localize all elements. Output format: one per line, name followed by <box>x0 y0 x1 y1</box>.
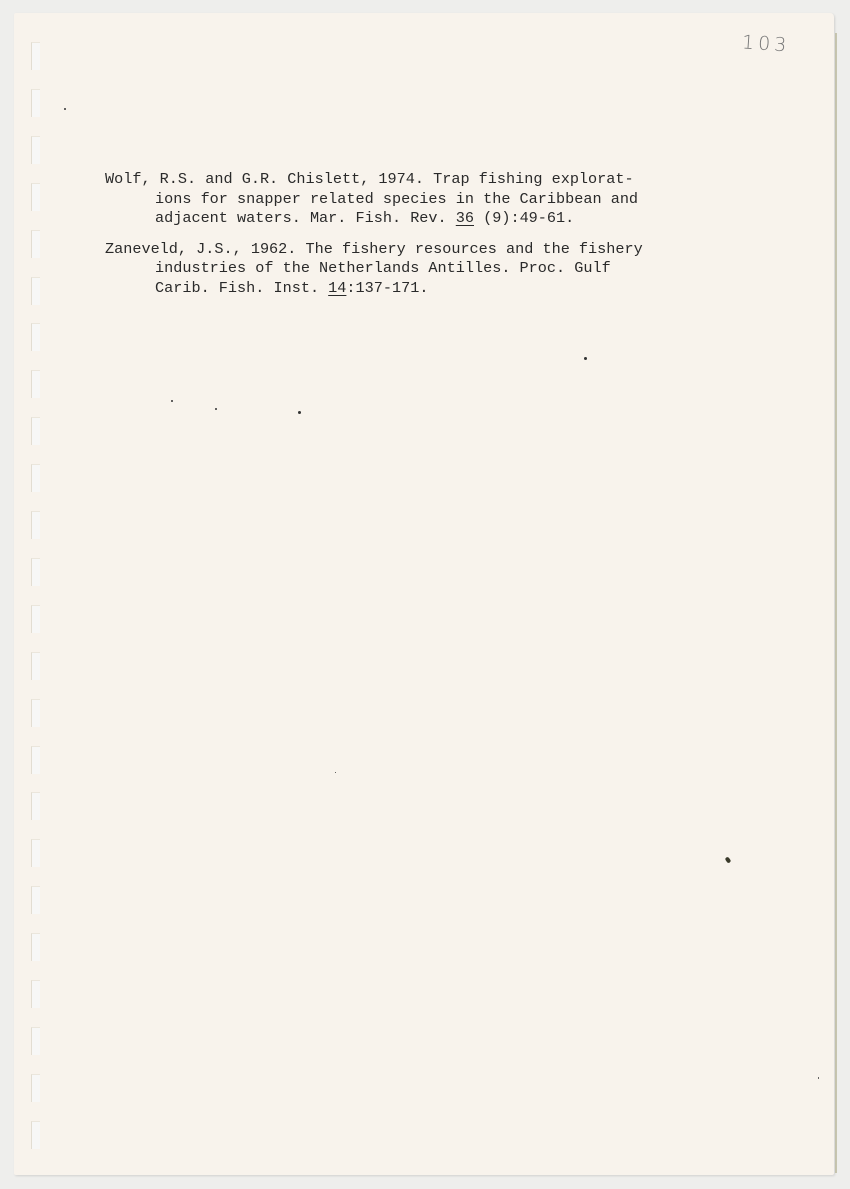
binder-hole <box>31 699 40 727</box>
dust-speck <box>64 108 66 110</box>
dust-speck <box>584 357 587 360</box>
binder-hole <box>31 792 40 820</box>
binder-hole <box>31 136 40 164</box>
binder-hole <box>31 1027 40 1055</box>
volume-number: 36 <box>456 209 474 227</box>
binder-hole <box>31 42 40 70</box>
reference-zaneveld-1962: Zaneveld, J.S., 1962. The fishery resour… <box>105 240 725 299</box>
reference-line: industries of the Netherlands Antilles. … <box>155 259 725 279</box>
binder-hole <box>31 605 40 633</box>
binder-hole <box>31 511 40 539</box>
dust-speck <box>335 772 336 773</box>
binder-hole <box>31 89 40 117</box>
binder-hole <box>31 277 40 305</box>
binder-hole <box>31 980 40 1008</box>
dust-speck <box>818 1077 819 1079</box>
reference-text: Carib. Fish. Inst. <box>155 279 328 297</box>
binder-hole <box>31 558 40 586</box>
binder-hole <box>31 323 40 351</box>
binder-hole <box>31 1121 40 1149</box>
reference-text: :137-171. <box>346 279 428 297</box>
reference-line: Wolf, R.S. and G.R. Chislett, 1974. Trap… <box>105 170 725 190</box>
binder-hole <box>31 464 40 492</box>
volume-number: 14 <box>328 279 346 297</box>
reference-line: adjacent waters. Mar. Fish. Rev. 36 (9):… <box>155 209 725 229</box>
reference-line: ions for snapper related species in the … <box>155 190 725 210</box>
reference-line: Zaneveld, J.S., 1962. The fishery resour… <box>105 240 725 260</box>
reference-line: Carib. Fish. Inst. 14:137-171. <box>155 279 725 299</box>
binder-hole <box>31 886 40 914</box>
binder-hole <box>31 370 40 398</box>
binder-hole <box>31 230 40 258</box>
dust-speck <box>171 400 173 402</box>
binder-hole <box>31 652 40 680</box>
reference-list: Wolf, R.S. and G.R. Chislett, 1974. Trap… <box>105 170 725 309</box>
document-page: 103 Wolf, R.S. and G.R. Chislett, 1974. … <box>14 13 834 1175</box>
binder-hole <box>31 933 40 961</box>
dust-speck <box>215 408 217 410</box>
reference-text: (9):49-61. <box>474 209 574 227</box>
binder-hole <box>31 746 40 774</box>
reference-text: adjacent waters. Mar. Fish. Rev. <box>155 209 456 227</box>
reference-wolf-1974: Wolf, R.S. and G.R. Chislett, 1974. Trap… <box>105 170 725 229</box>
dust-speck <box>725 856 732 863</box>
binder-hole <box>31 839 40 867</box>
binder-hole <box>31 1074 40 1102</box>
page-edge-shadow <box>835 33 837 1173</box>
binder-hole <box>31 183 40 211</box>
dust-speck <box>298 411 301 414</box>
binder-hole <box>31 417 40 445</box>
handwritten-page-number: 103 <box>741 31 791 56</box>
